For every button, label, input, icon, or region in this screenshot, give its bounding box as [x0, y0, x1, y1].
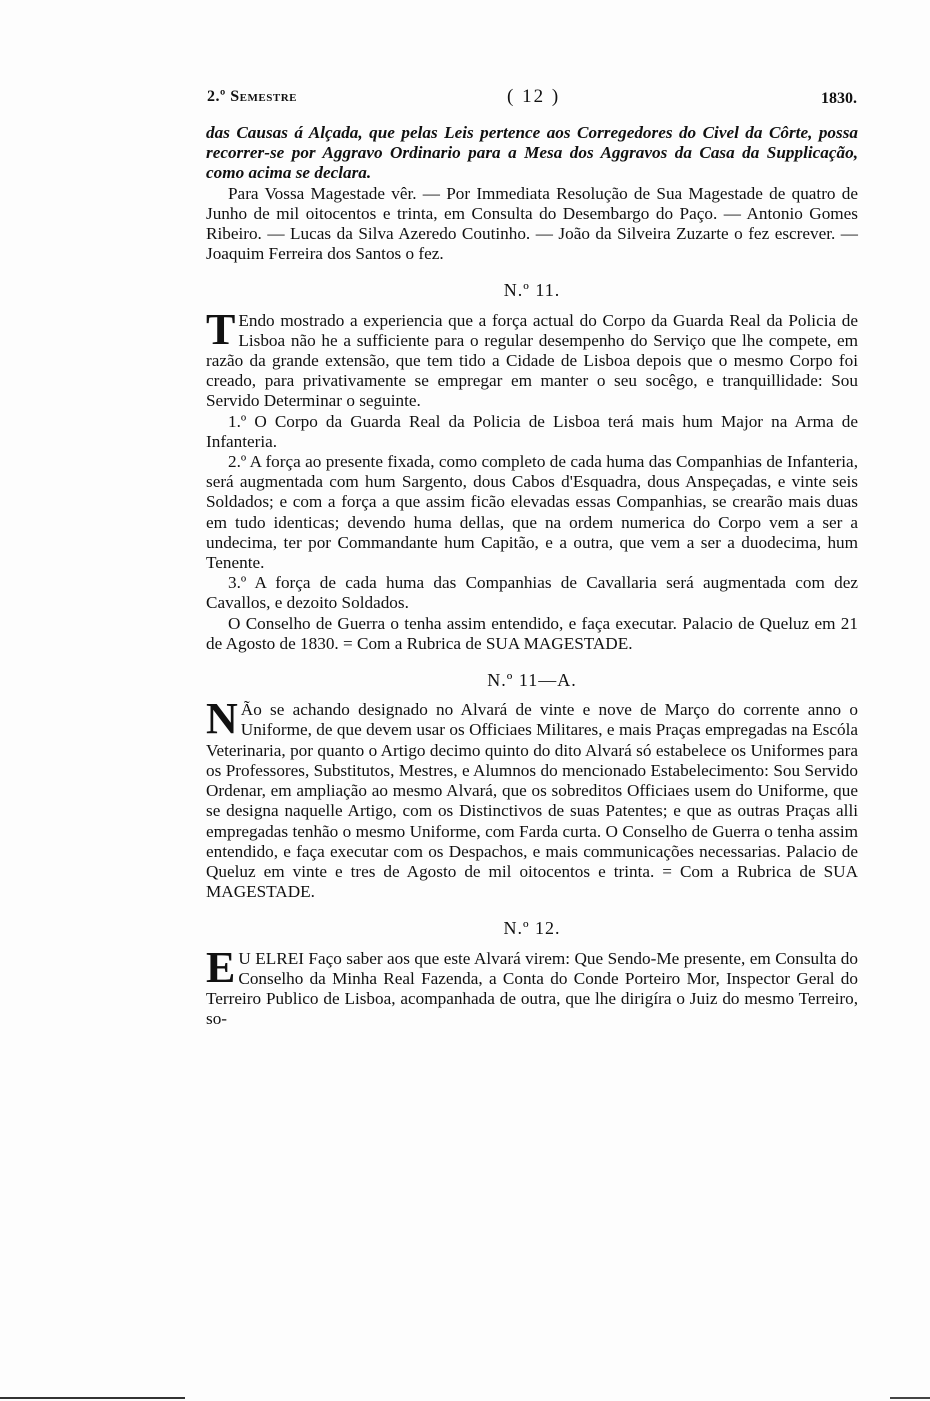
scan-artifact-line-right	[890, 1397, 930, 1399]
section-11-intro: TEndo mostrado a experiencia que a força…	[206, 311, 858, 412]
section-11-item-3: 3.º A força de cada huma das Companhias …	[206, 573, 858, 613]
dropcap-n: N	[206, 702, 238, 736]
year-label: 1830.	[821, 90, 857, 108]
section-11a-text: NÃo se achando designado no Alvará de vi…	[206, 700, 858, 902]
dropcap-t: T	[206, 313, 235, 347]
dropcap-e: E	[206, 951, 235, 985]
page-number: ( 12 )	[507, 86, 560, 108]
section-heading-11: N.º 11.	[206, 280, 858, 300]
body-text: das Causas á Alçada, que pelas Leis pert…	[206, 123, 858, 1029]
section-11-item-2: 2.º A força ao presente fixada, como com…	[206, 452, 858, 573]
scan-artifact-line	[0, 1397, 185, 1399]
semester-label: 2.º Semestre	[207, 88, 297, 106]
section-12-body: U ELREI Faço saber aos que este Alvará v…	[206, 949, 858, 1029]
section-11-intro-text: Endo mostrado a experiencia que a força …	[206, 311, 858, 411]
section-12-text: EU ELREI Faço saber aos que este Alvará …	[206, 949, 858, 1030]
document-page: 2.º Semestre ( 12 ) 1830. das Causas á A…	[0, 0, 930, 1401]
continuation-closing-paragraph: Para Vossa Magestade vêr. — Por Immediat…	[206, 184, 858, 265]
section-heading-11a: N.º 11—A.	[206, 670, 858, 690]
section-11-closing: O Conselho de Guerra o tenha assim enten…	[206, 614, 858, 654]
section-11a-body: Ão se achando designado no Alvará de vin…	[206, 700, 858, 901]
running-head: 2.º Semestre ( 12 ) 1830.	[207, 88, 857, 110]
section-11-item-1: 1.º O Corpo da Guarda Real da Policia de…	[206, 412, 858, 452]
continuation-italic-paragraph: das Causas á Alçada, que pelas Leis pert…	[206, 123, 858, 184]
section-heading-12: N.º 12.	[206, 918, 858, 938]
